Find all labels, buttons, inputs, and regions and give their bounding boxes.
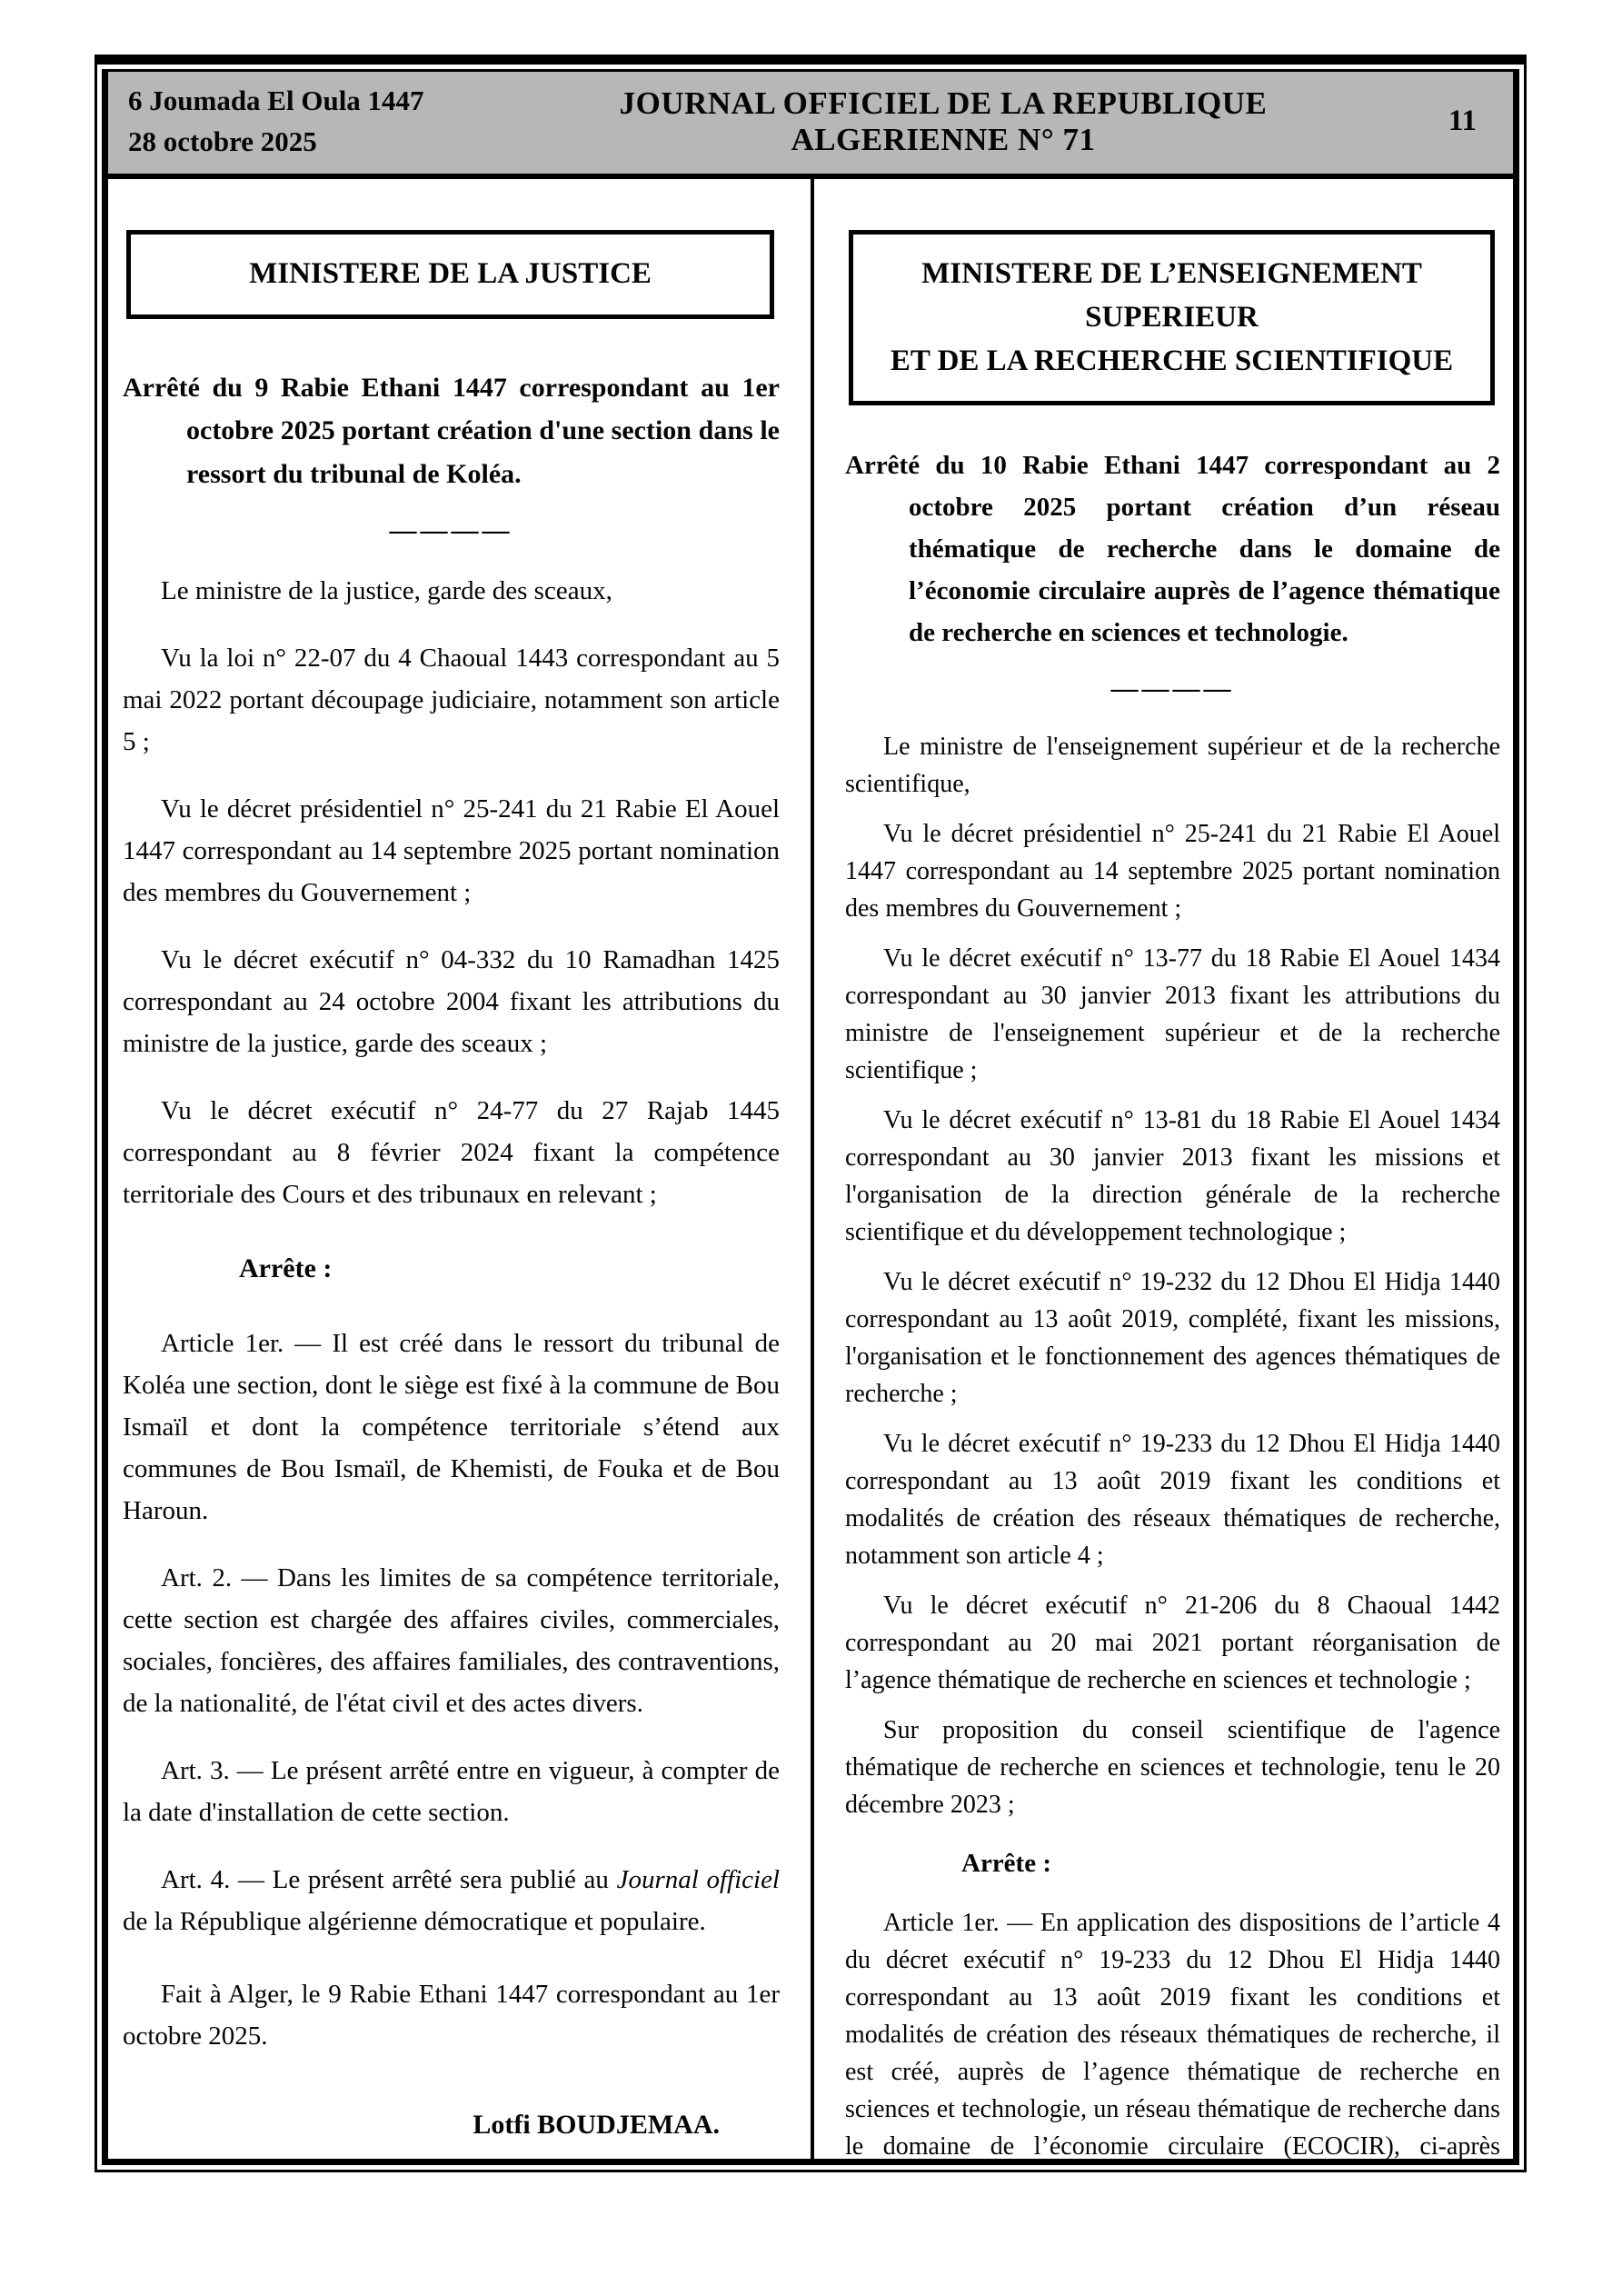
article: Article 1er. — En application des dispos… (845, 1904, 1500, 2165)
section-separator: ———— (845, 674, 1500, 704)
article: Art. 3. — Le présent arrêté entre en vig… (123, 1750, 780, 1833)
journal-header: 6 Joumada El Oula 1447 28 octobre 2025 J… (108, 72, 1513, 179)
page-frame-inner: 6 Joumada El Oula 1447 28 octobre 2025 J… (102, 69, 1519, 2165)
paragraph: Vu le décret exécutif n° 21-206 du 8 Cha… (845, 1587, 1500, 1699)
left-column: MINISTERE DE LA JUSTICE Arrêté du 9 Rabi… (108, 179, 811, 2159)
article: Article 1er. — Il est créé dans le resso… (123, 1323, 780, 1532)
article4-post: de la République algérienne démocratique… (123, 1907, 706, 1936)
right-column: MINISTERE DE L’ENSEIGNEMENT SUPERIEUR ET… (811, 179, 1513, 2159)
header-dates: 6 Joumada El Oula 1447 28 octobre 2025 (128, 81, 519, 163)
paragraph: Vu le décret exécutif n° 19-233 du 12 Dh… (845, 1425, 1500, 1574)
section-separator: ———— (123, 515, 780, 546)
decree-title: Arrêté du 10 Rabie Ethani 1447 correspon… (845, 445, 1500, 654)
article: Art. 2. — Dans les limites de sa compéte… (123, 1557, 780, 1724)
ministry-title: MINISTERE DE LA JUSTICE (138, 253, 762, 296)
article4-pre: Art. 4. — Le présent arrêté sera publié … (161, 1865, 617, 1894)
signature: Lotfi BOUDJEMAA. (123, 2110, 720, 2141)
paragraph: Sur proposition du conseil scientifique … (845, 1712, 1500, 1823)
gazette-page: { "page_header": { "hijri_date": "6 Joum… (0, 0, 1622, 2296)
page-frame: 6 Joumada El Oula 1447 28 octobre 2025 J… (95, 55, 1527, 2172)
closing-statement: Fait à Alger, le 9 Rabie Ethani 1447 cor… (123, 1973, 780, 2057)
arrete-label: Arrête : (961, 1849, 1500, 1879)
gregorian-date: 28 octobre 2025 (128, 122, 519, 163)
page-number: 11 (1377, 105, 1489, 138)
article4-journal-officiel: Journal officiel (617, 1865, 780, 1894)
ministry-box-justice: MINISTERE DE LA JUSTICE (126, 230, 774, 319)
paragraph: Vu le décret exécutif n° 04-332 du 10 Ra… (123, 939, 780, 1064)
ministry-title-line2: ET DE LA RECHERCHE SCIENTIFIQUE (861, 340, 1483, 384)
ministry-box-enseignement: MINISTERE DE L’ENSEIGNEMENT SUPERIEUR ET… (849, 230, 1495, 406)
paragraph: Vu le décret exécutif n° 13-81 du 18 Rab… (845, 1102, 1500, 1251)
decree-title: Arrêté du 9 Rabie Ethani 1447 correspond… (123, 366, 780, 495)
paragraph: Vu le décret présidentiel n° 25-241 du 2… (845, 815, 1500, 927)
paragraph: Vu le décret exécutif n° 24-77 du 27 Raj… (123, 1090, 780, 1215)
ministry-title-line1: MINISTERE DE L’ENSEIGNEMENT SUPERIEUR (861, 253, 1483, 340)
hijri-date: 6 Joumada El Oula 1447 (128, 81, 519, 122)
paragraph: Le ministre de l'enseignement supérieur … (845, 728, 1500, 803)
paragraph: Le ministre de la justice, garde des sce… (123, 570, 780, 612)
paragraph: Vu la loi n° 22-07 du 4 Chaoual 1443 cor… (123, 637, 780, 763)
article: Art. 4. — Le présent arrêté sera publié … (123, 1859, 780, 1942)
page-content: MINISTERE DE LA JUSTICE Arrêté du 9 Rabi… (108, 179, 1513, 2159)
paragraph: Vu le décret exécutif n° 13-77 du 18 Rab… (845, 940, 1500, 1089)
paragraph: Vu le décret exécutif n° 19-232 du 12 Dh… (845, 1263, 1500, 1413)
paragraph: Vu le décret présidentiel n° 25-241 du 2… (123, 788, 780, 913)
arrete-label: Arrête : (239, 1253, 780, 1284)
journal-title: JOURNAL OFFICIEL DE LA REPUBLIQUE ALGERI… (519, 85, 1377, 158)
